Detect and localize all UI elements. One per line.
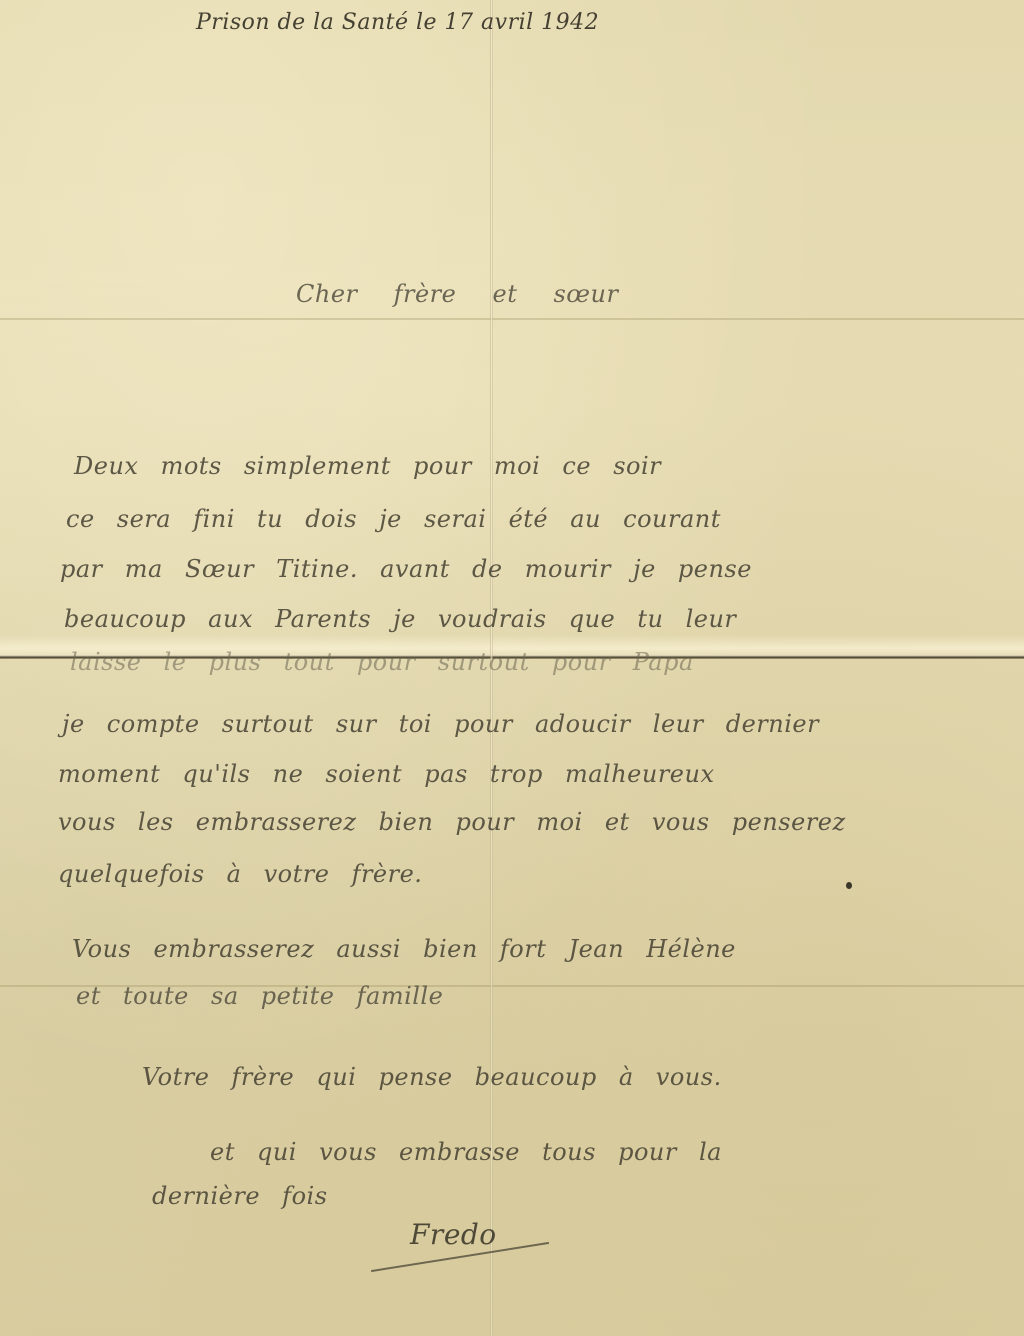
closing-line: Votre frère qui pense beaucoup à vous. xyxy=(142,1063,722,1091)
body-line: moment qu'ils ne soient pas trop malheur… xyxy=(58,760,714,788)
body-line: beaucoup aux Parents je voudrais que tu … xyxy=(64,605,736,633)
body-line: ce sera fini tu dois je serai été au cou… xyxy=(66,505,721,533)
body-line: quelquefois à votre frère. xyxy=(58,860,422,888)
letter-page: Prison de la Santé le 17 avril 1942 Cher… xyxy=(0,0,1024,1336)
letter-header-date: Prison de la Santé le 17 avril 1942 xyxy=(196,10,599,35)
body-line: Deux mots simplement pour moi ce soir xyxy=(74,452,661,480)
closing-line: et qui vous embrasse tous pour la xyxy=(210,1138,722,1166)
body-line-faded: laisse le plus tout pour surtout pour Pa… xyxy=(70,648,694,676)
body-line: Vous embrasserez aussi bien fort Jean Hé… xyxy=(72,935,736,963)
body-line: et toute sa petite famille xyxy=(76,982,443,1010)
body-line: par ma Sœur Titine. avant de mourir je p… xyxy=(60,555,752,583)
ink-dot xyxy=(846,882,852,889)
fold-line-upper xyxy=(0,318,1024,320)
body-line: vous les embrasserez bien pour moi et vo… xyxy=(58,808,846,836)
letter-salutation: Cher frère et sœur xyxy=(296,280,618,308)
signature: Fredo xyxy=(410,1218,497,1251)
closing-line: dernière fois xyxy=(152,1182,328,1210)
body-line: je compte surtout sur toi pour adoucir l… xyxy=(62,710,819,738)
